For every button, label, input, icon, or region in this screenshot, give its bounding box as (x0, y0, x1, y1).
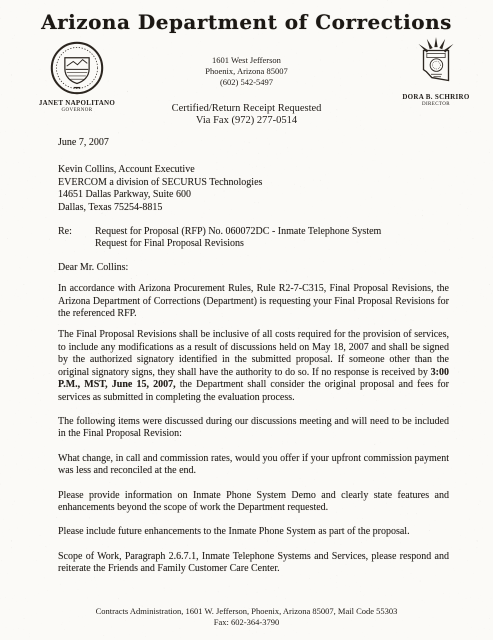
delivery-method: Certified/Return Receipt Requested Via F… (0, 103, 493, 127)
re-label: Re: (58, 226, 95, 251)
delivery-line: Via Fax (972) 277-0514 (0, 115, 493, 127)
director-badge-block: DORA B. SCHRIRO DIRECTOR (384, 36, 488, 107)
recipient-line: Kevin Collins, Account Executive (58, 164, 449, 176)
director-badge-icon (411, 36, 461, 90)
director-name: DORA B. SCHRIRO (384, 93, 488, 101)
paragraph: What change, in call and commission rate… (58, 453, 449, 478)
paragraph: The Final Proposal Revisions shall be in… (58, 329, 449, 403)
re-text: Request for Proposal (RFP) No. 060072DC … (95, 226, 381, 251)
paragraph: The following items were discussed durin… (58, 416, 449, 441)
recipient-address: Kevin Collins, Account Executive EVERCOM… (58, 164, 449, 214)
paragraph-text: The Final Proposal Revisions shall be in… (58, 329, 449, 377)
letter-page: Arizona Department of Corrections JANET … (0, 0, 493, 640)
paragraph: Please provide information on Inmate Pho… (58, 490, 449, 515)
recipient-line: EVERCOM a division of SECURUS Technologi… (58, 177, 449, 189)
letter-date: June 7, 2007 (58, 137, 449, 149)
page-title: Arizona Department of Corrections (0, 10, 493, 34)
re-line: Request for Proposal (RFP) No. 060072DC … (95, 226, 381, 238)
paragraph: In accordance with Arizona Procurement R… (58, 283, 449, 320)
re-line: Request for Final Proposal Revisions (95, 238, 381, 250)
delivery-line: Certified/Return Receipt Requested (0, 103, 493, 115)
recipient-line: Dallas, Texas 75254-8815 (58, 202, 449, 214)
paragraph: Scope of Work, Paragraph 2.6.7.1, Inmate… (58, 551, 449, 576)
footer-line: Fax: 602-364-3790 (0, 617, 493, 628)
letter-body: June 7, 2007 Kevin Collins, Account Exec… (58, 137, 449, 585)
page-footer: Contracts Administration, 1601 W. Jeffer… (0, 606, 493, 628)
footer-line: Contracts Administration, 1601 W. Jeffer… (0, 606, 493, 617)
salutation: Dear Mr. Collins: (58, 262, 449, 274)
subject-reference: Re: Request for Proposal (RFP) No. 06007… (58, 226, 449, 251)
paragraph: Please include future enhancements to th… (58, 526, 449, 538)
recipient-line: 14651 Dallas Parkway, Suite 600 (58, 189, 449, 201)
